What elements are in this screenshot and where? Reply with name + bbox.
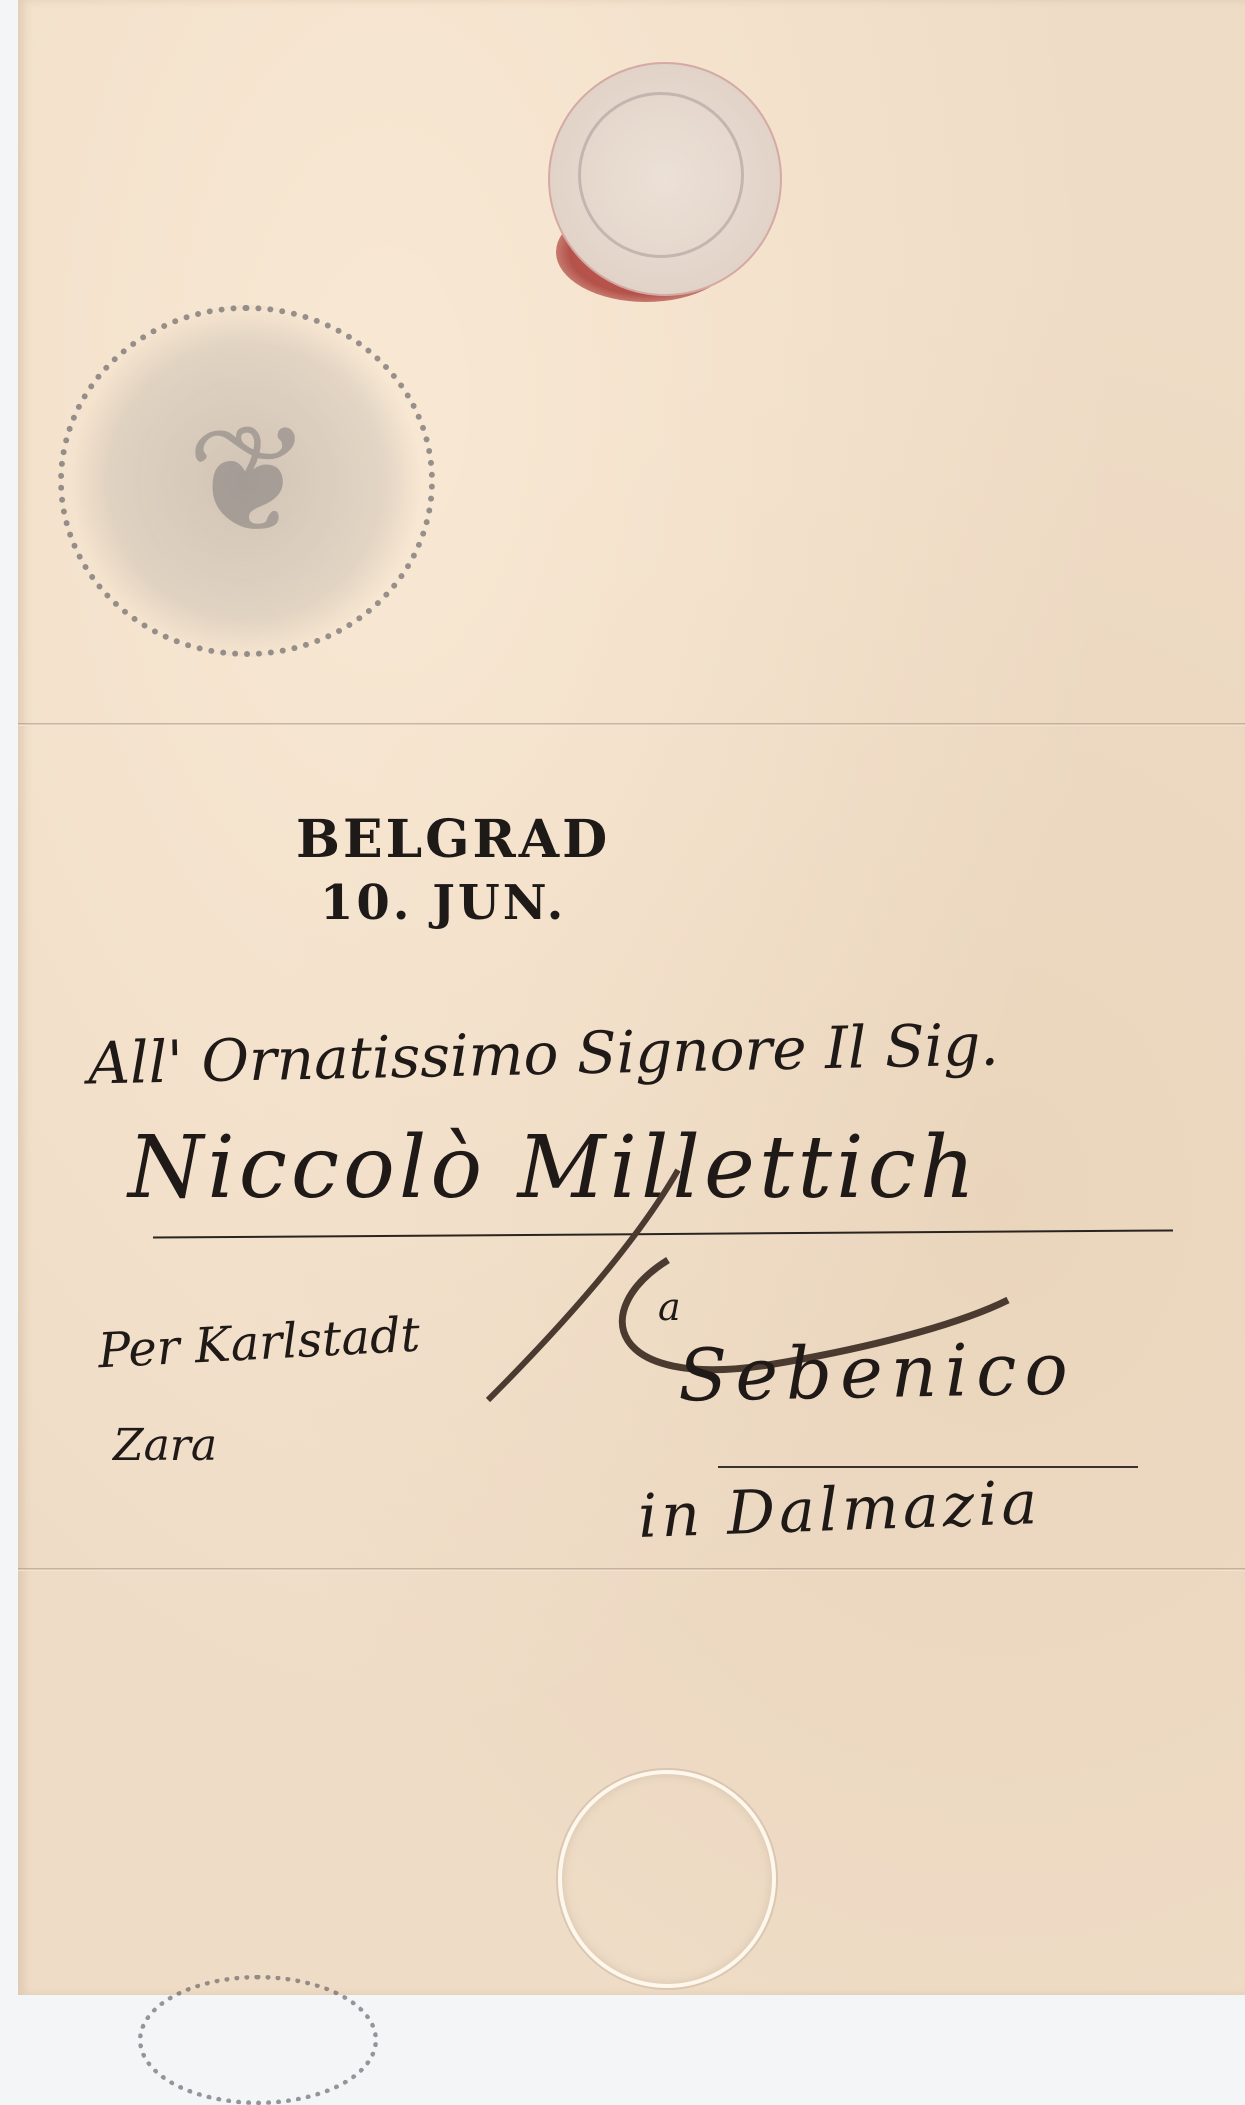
destination-region: in Dalmazia <box>637 1468 1042 1552</box>
destination-prefix: a <box>658 1285 681 1329</box>
belgrad-postmark: BELGRAD 10. JUN. <box>296 808 610 934</box>
wax-seal <box>538 52 808 302</box>
letter-cover: ❦ BELGRAD 10. JUN. All' Ornatissimo Sign… <box>18 0 1245 1995</box>
circular-postmark: ❦ <box>58 305 435 657</box>
routing-zara: Zara <box>113 1420 217 1471</box>
postmark-date: 10. JUN. <box>320 872 610 934</box>
bottom-circular-postmark <box>138 1975 378 1995</box>
wax-seal-ring <box>578 92 744 258</box>
embossed-seal <box>558 1770 776 1988</box>
eagle-emblem-icon: ❦ <box>159 381 339 581</box>
destination-city: Sebenico <box>677 1327 1076 1418</box>
destination-underline <box>718 1466 1138 1468</box>
postmark-town: BELGRAD <box>296 808 610 872</box>
fold-line-top <box>18 723 1245 726</box>
fold-line-bottom <box>18 1568 1245 1571</box>
routing-via: Per Karlstadt <box>97 1307 422 1380</box>
address-salutation: All' Ornatissimo Signore Il Sig. <box>87 1010 999 1097</box>
